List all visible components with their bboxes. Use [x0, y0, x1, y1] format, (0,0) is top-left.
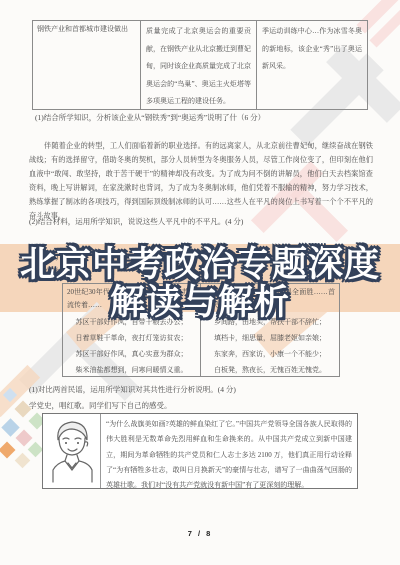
table-cell: 质量完成了北京奥运会的重要贡献，在钢铁产业从北京搬迁到曹妃甸，同时该企业高质量完…: [141, 21, 257, 109]
question-2-label: (2)结合材料，运用所学知识，说说这些人平凡中的不平凡。(4 分): [29, 216, 243, 227]
folk-row: 填档卡，细思量，屈膝老妪如亲娘；: [205, 330, 335, 346]
page-number: 7 / 8: [0, 529, 400, 538]
olympic-enterprise-table: 钢铁产业和首都城市建设做出 质量完成了北京奥运会的重要贡献，在钢铁产业从北京搬迁…: [32, 20, 368, 110]
diamond-shape: [28, 442, 44, 458]
question-1-label: (1)结合所学知识，分析该企业从“钢铁秀”到“奥运秀”说明了什（6 分）: [35, 112, 265, 123]
table-cell: 钢铁产业和首都城市建设做出: [33, 21, 141, 109]
student-boy-icon: [47, 418, 97, 484]
student-avatar-cell: [43, 414, 101, 488]
overlay-title-line2: 解读与解析: [0, 284, 400, 322]
student-reflection-text: “为什么战旗美如画?英雄的鲜血染红了它。”中国共产党领导全国各族人民取得的伟大胜…: [101, 414, 357, 488]
workers-paragraph: 伴随着企业的转型，工人们面临着新的职业选择。有的远离家人，从北京前往曹妃甸，继续…: [29, 139, 373, 223]
diamond-shape: [1, 418, 19, 436]
diamond-shape: [0, 442, 15, 459]
diamond-shape: [16, 430, 33, 447]
folk-row: 苏区干部好作风，真心实意为群众；: [67, 346, 196, 362]
table-cell: 季运动训练中心…作为冰雪冬奥的新地标，该企业“秀”出了奥运新风采。: [257, 21, 367, 109]
question-compare-label: (1)对比两首民谣，运用所学知识对其共性进行分析说明。(4 分): [29, 384, 236, 395]
overlay-title-line1: 北京中考政治专题深度: [0, 246, 400, 284]
folk-row: 白板凳，熬夜长，无愧百姓无愧党。: [205, 362, 335, 378]
diamond-shape: [15, 453, 31, 469]
folk-row: 日着草鞋干革命，夜打灯笼访贫农；: [67, 330, 196, 346]
student-reflection-box: “为什么战旗美如画?英雄的鲜血染红了它。”中国共产党领导全国各族人民取得的伟大胜…: [42, 413, 358, 489]
document-page: 钢铁产业和首都城市建设做出 质量完成了北京奥运会的重要贡献，在钢铁产业从北京搬迁…: [0, 0, 400, 565]
lead-in-text: 学党史，唱红歌。同学们写下自己的感受。: [29, 400, 172, 411]
folk-row: 柴米油盐都想到，问寒问暖情义重。: [67, 362, 196, 378]
folk-row: 东家奔，西家访，小康一个不能少；: [205, 346, 335, 362]
